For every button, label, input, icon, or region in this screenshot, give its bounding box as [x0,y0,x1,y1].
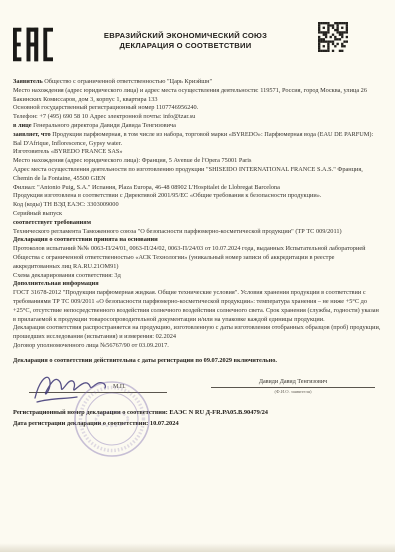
document-title: ЕВРАЗИЙСКИЙ ЭКОНОМИЧЕСКИЙ СОЮЗ ДЕКЛАРАЦИ… [53,31,318,51]
paragraph: Продукция изготовлена в соответствии с Д… [13,192,382,201]
document-header: ЕВРАЗИЙСКИЙ ЭКОНОМИЧЕСКИЙ СОЮЗ ДЕКЛАРАЦИ… [0,0,395,63]
declaration-body: Заявитель Общество с ограниченной ответс… [0,63,395,366]
paragraph: Декларация о соответствии принята на осн… [13,236,382,245]
handwritten-signature [31,368,123,408]
title-line-1: ЕВРАЗИЙСКИЙ ЭКОНОМИЧЕСКИЙ СОЮЗ [59,31,312,41]
paragraph: Заявитель Общество с ограниченной ответс… [13,78,382,87]
paragraph: Серийный выпуск [13,210,382,219]
paragraph: Филиал: "Antonio Puig, S.A." Испания, Pl… [13,184,382,193]
declaration-document-page: ЕВРАЗИЙСКИЙ ЭКОНОМИЧЕСКИЙ СОЮЗ ДЕКЛАРАЦИ… [0,0,395,552]
registration-number: Регистрационный номер декларации о соотв… [13,407,382,419]
qr-code-icon [318,22,348,52]
paragraph: Адрес места осуществления деятельности п… [13,166,382,184]
signature-block: М.П. Давиди Давид Тенгизович (Ф.И.О. зая… [13,370,382,406]
paragraph: Изготовитель «BYREDO FRANCE SAS» [13,148,382,157]
paragraph: Код (коды) ТН ВЭД ЕАЭС: 3303009000 [13,201,382,210]
signer-caption: (Ф.И.О. заявителя) [211,389,375,394]
signer-name: Давиди Давид Тенгизович [211,379,375,389]
registration-info: Регистрационный номер декларации о соотв… [13,407,382,430]
paragraph: ГОСТ 31678-2012 "Продукция парфюмерная ж… [13,289,382,324]
paragraph: Схема декларирования соответствия: 3д [13,272,382,281]
paragraph: Технического регламента Таможенного союз… [13,228,382,237]
eac-mark-icon [13,26,53,63]
paragraph: Телефон: +7 (495) 690 58 10 Адрес электр… [13,113,382,122]
paragraph: соответствует требованиям [13,219,382,228]
paragraph: Место нахождения (адрес юридического лиц… [13,157,382,166]
paragraph: Дополнительная информация [13,280,382,289]
paragraph: Декларация о соответствии действительна … [13,357,382,366]
paragraph: Основной государственный регистрационный… [13,104,382,113]
paragraph: Место нахождения (адрес юридического лиц… [13,87,382,105]
signer: Давиди Давид Тенгизович (Ф.И.О. заявител… [211,379,375,395]
registration-date: Дата регистрации декларации о соответств… [13,418,382,430]
title-line-2: ДЕКЛАРАЦИЯ О СООТВЕТСТВИИ [59,41,312,51]
paragraph: заявляет, что Продукция парфюмерная, в т… [13,131,382,149]
paragraph: Декларация соответствия распространяется… [13,324,382,342]
paragraph: в лице Генерального директора Давиди Дав… [13,122,382,131]
paragraph: Договор уполномоченного лица №56767/90 о… [13,342,382,351]
paragraph: Протоколов испытаний №№ 0063-П/24/01, 00… [13,245,382,271]
